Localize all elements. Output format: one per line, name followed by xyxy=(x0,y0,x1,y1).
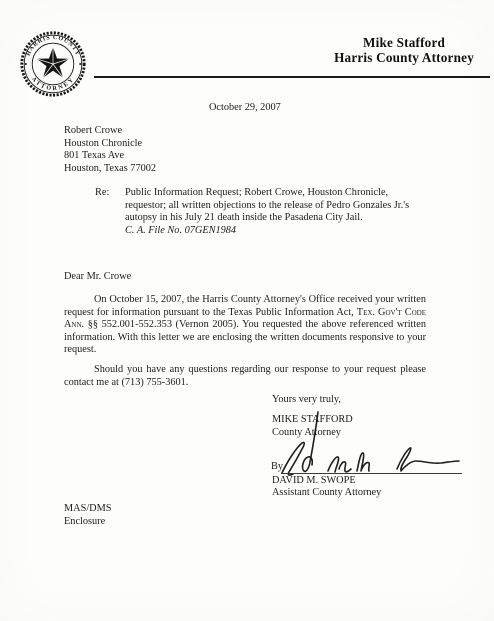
paragraph1-text-continued: §§ 552.001-552.353 (Vernon 2005). You re… xyxy=(64,319,426,355)
signer-name: MIKE STAFFORD xyxy=(272,414,353,427)
letterhead-rule xyxy=(94,76,490,78)
letterhead: Mike Stafford Harris County Attorney xyxy=(334,36,474,66)
letter-page: HARRIS COUNTY ATTORNEY Mike Stafford Har… xyxy=(0,0,494,621)
valediction: Yours very truly, xyxy=(272,394,341,407)
enclosure-note: Enclosure xyxy=(64,516,112,529)
subject-label: Re: xyxy=(95,187,125,237)
signer-title: County Attorney xyxy=(272,427,353,440)
date-line: October 29, 2007 xyxy=(209,102,281,115)
cosigner-title: Assistant County Attorney xyxy=(272,487,381,499)
reference-initials: MAS/DMS xyxy=(64,503,112,516)
letterhead-title: Harris County Attorney xyxy=(334,51,474,66)
cosigner-name: DAVID M. SWOPE xyxy=(272,475,381,487)
subject-text: Public Information Request; Robert Crowe… xyxy=(125,187,409,223)
recipient-street: 801 Texas Ave xyxy=(64,150,156,163)
subject-block: Re: Public Information Request; Robert C… xyxy=(95,187,427,237)
letterhead-name: Mike Stafford xyxy=(334,36,474,51)
salutation: Dear Mr. Crowe xyxy=(64,271,131,284)
body-paragraph-2: Should you have any questions regarding … xyxy=(64,364,426,389)
by-label: By xyxy=(271,461,283,474)
recipient-city-state-zip: Houston, Texas 77002 xyxy=(64,163,156,176)
subject-content: Public Information Request; Robert Crowe… xyxy=(125,187,427,237)
recipient-organization: Houston Chronicle xyxy=(64,138,156,151)
footer-reference: MAS/DMS Enclosure xyxy=(64,503,112,529)
recipient-address: Robert Crowe Houston Chronicle 801 Texas… xyxy=(64,125,156,176)
cosigner-block: DAVID M. SWOPE Assistant County Attorney xyxy=(272,475,381,500)
case-file-number: C. A. File No. 07GEN1984 xyxy=(125,225,427,238)
harris-county-attorney-seal-icon: HARRIS COUNTY ATTORNEY xyxy=(19,30,87,98)
signer-block: MIKE STAFFORD County Attorney xyxy=(272,414,353,440)
recipient-name: Robert Crowe xyxy=(64,125,156,138)
body-paragraph-1: On October 15, 2007, the Harris County A… xyxy=(64,294,426,357)
